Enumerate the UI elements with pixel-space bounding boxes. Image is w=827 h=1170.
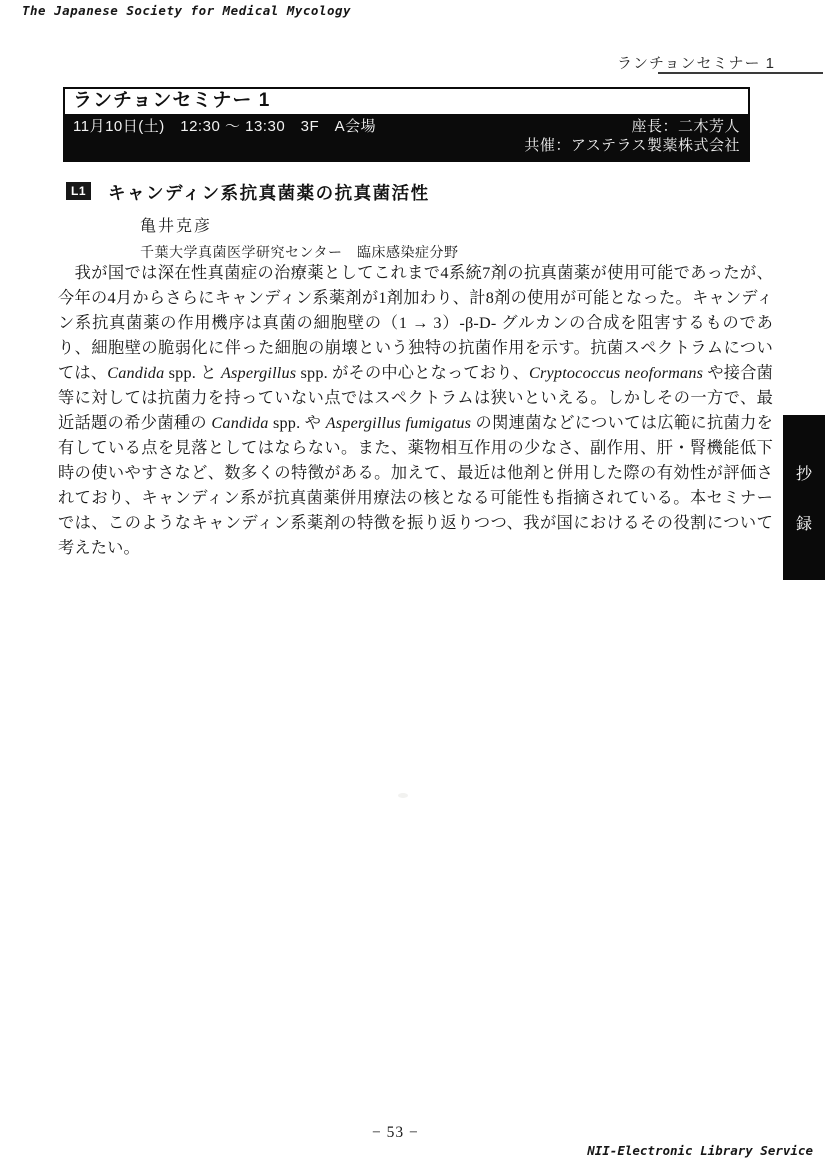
scanned-abstract-page: The Japanese Society for Medical Mycolog… (0, 0, 827, 1170)
abstract-author: 亀井克彦 (140, 213, 212, 236)
scan-artifact-speck (398, 793, 408, 798)
side-index-tab-abstracts: 抄 録 (783, 415, 825, 580)
session-datetime-venue: 11月10日(土) 12:30 ～ 13:30 3F A会場 (73, 117, 376, 137)
library-service-footer: NII-Electronic Library Service (587, 1143, 813, 1158)
session-credits: 座長：二木芳人 共催：アステラス製薬株式会社 (524, 117, 740, 155)
session-title: ランチョンセミナー 1 (65, 89, 748, 114)
session-header-box: ランチョンセミナー 1 11月10日(土) 12:30 ～ 13:30 3F A… (63, 87, 750, 162)
page-number: − 53 − (372, 1124, 419, 1142)
society-scan-header: The Japanese Society for Medical Mycolog… (22, 3, 351, 18)
session-sponsor: 共催：アステラス製薬株式会社 (524, 137, 740, 154)
side-tab-char: 抄 (796, 461, 812, 484)
running-head-underline (658, 72, 823, 74)
abstract-code-badge: L1 (66, 182, 91, 200)
session-info-bar: 11月10日(土) 12:30 ～ 13:30 3F A会場 座長：二木芳人 共… (65, 114, 748, 160)
session-chair: 座長：二木芳人 (631, 118, 740, 135)
abstract-body-text: 我が国では深在性真菌症の治療薬としてこれまで4系統7剤の抗真菌薬が使用可能であっ… (58, 261, 773, 561)
side-tab-char: 録 (796, 511, 812, 534)
abstract-title: キャンディン系抗真菌薬の抗真菌活性 (108, 180, 430, 205)
abstract-affiliation: 千葉大学真菌医学研究センター 臨床感染症分野 (140, 242, 458, 262)
running-head-label: ランチョンセミナー 1 (617, 52, 775, 73)
